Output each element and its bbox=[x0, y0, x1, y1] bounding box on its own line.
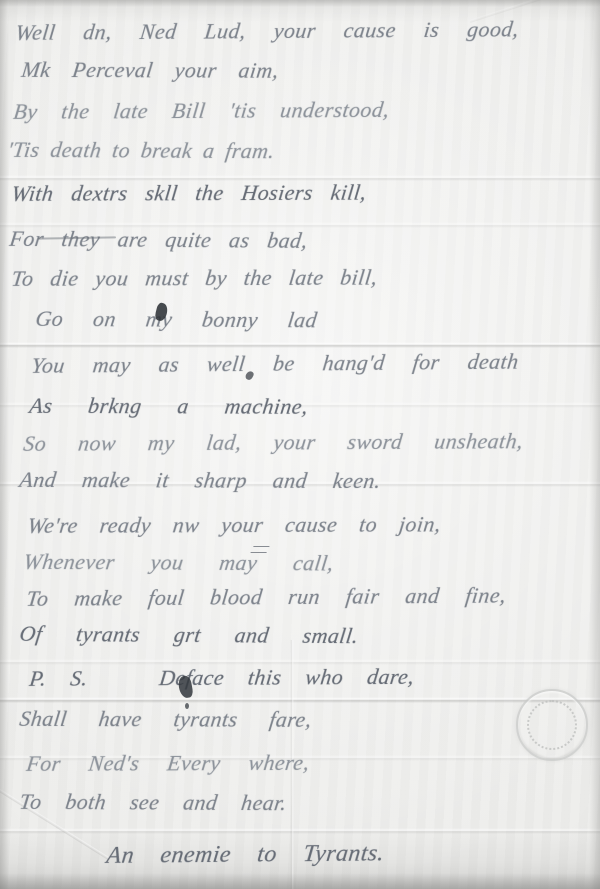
poem-line: P. S. Deface this who dare, bbox=[28, 664, 416, 692]
embossed-seal bbox=[516, 689, 588, 761]
page-edge-shadow bbox=[589, 0, 600, 889]
poem-line: To die you must by the late bill, bbox=[10, 265, 379, 292]
fold-crease bbox=[0, 828, 600, 834]
poem-line: Of tyrants grt and small. bbox=[18, 621, 360, 649]
poem-line: To both see and hear. bbox=[18, 789, 288, 816]
page-edge-shadow bbox=[0, 0, 600, 7]
poem-line: Whenever you may call, bbox=[22, 549, 335, 577]
poem-line: Go on my bonny lad bbox=[34, 306, 319, 333]
embossed-seal-inner-ring bbox=[527, 700, 577, 750]
closing-line: An enemie to Tyrants. bbox=[105, 841, 386, 870]
poem-line: So now my lad, your sword unsheath, bbox=[22, 428, 525, 457]
page-edge-shadow bbox=[0, 0, 9, 889]
poem-line: With dextrs skll the Hosiers kill, bbox=[10, 180, 368, 207]
poem-line: Shall have tyrants fare, bbox=[18, 706, 313, 733]
poem-line: For they are quite as bad, bbox=[8, 226, 309, 254]
poem-line: Well dn, Ned Lud, your cause is good, bbox=[14, 16, 520, 46]
poem-line: As brkng a machine, bbox=[28, 393, 310, 420]
poem-line: For Ned's Every where, bbox=[25, 750, 311, 777]
letter-page: Well dn, Ned Lud, your cause is good, Mk… bbox=[0, 0, 600, 889]
poem-line: 'Tis death to break a fram. bbox=[6, 137, 276, 164]
poem-line: And make it sharp and keen. bbox=[18, 467, 382, 494]
poem-line: Mk Perceval your aim, bbox=[20, 57, 280, 84]
poem-line: You may as well be hang'd for death bbox=[30, 349, 520, 379]
fold-crease bbox=[0, 342, 600, 348]
poem-line: By the late Bill 'tis understood, bbox=[12, 97, 391, 125]
page-edge-shadow bbox=[0, 873, 600, 889]
fold-crease bbox=[0, 697, 600, 703]
poem-line: To make foul blood run fair and fine, bbox=[25, 583, 508, 612]
poem-line: We're ready nw your cause to join, bbox=[26, 512, 442, 539]
